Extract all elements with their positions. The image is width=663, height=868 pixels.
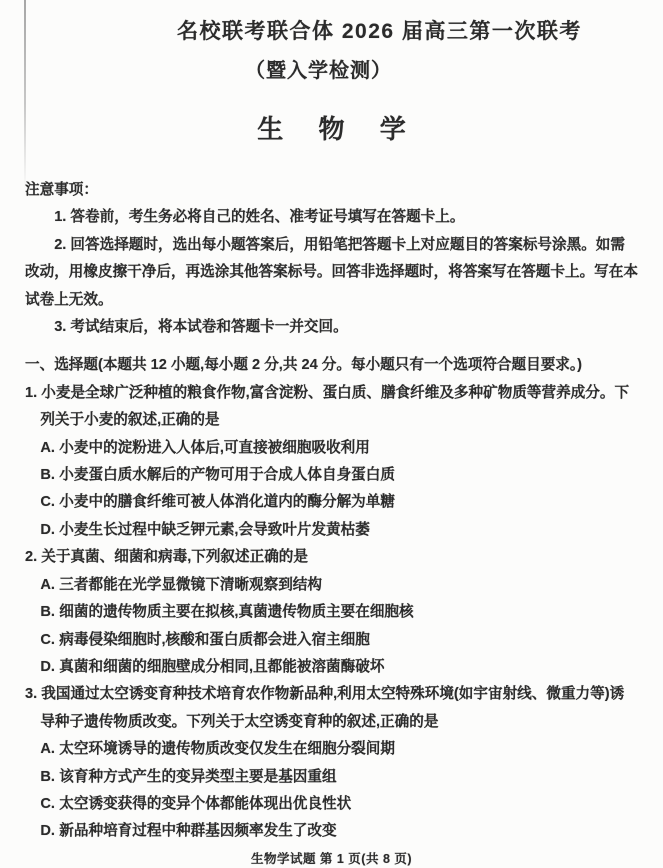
option-row: A.太空环境诱导的遗传物质改变仅发生在细胞分裂间期: [25, 736, 638, 763]
option-row: C.病毒侵染细胞时,核酸和蛋白质都会进入宿主细胞: [25, 627, 638, 654]
exam-title: 名校联考联合体 2026 届高三第一次联考: [73, 15, 663, 45]
option-label: D.: [40, 823, 55, 839]
exam-paper-page: 名校联考联合体 2026 届高三第一次联考 （暨入学检测） 生 物 学 注意事项…: [0, 0, 663, 868]
option-label: D.: [40, 522, 55, 538]
question-3: 3.我国通过太空诱变育种技术培育农作物新品种,利用太空特殊环境(如宇宙射线、微重…: [25, 681, 638, 845]
option-label: C.: [40, 632, 55, 648]
notice-section: 注意事项： 1. 答卷前，考生务必将自己的姓名、准考证号填写在答题卡上。 2. …: [25, 177, 638, 341]
notice-item-3: 3. 考试结束后，将本试卷和答题卡一并交回。: [25, 314, 638, 341]
option-text: 真菌和细菌的细胞壁成分相同,且都能被溶菌酶破坏: [59, 659, 384, 675]
section-heading: 一、选择题(本题共 12 小题,每小题 2 分,共 24 分。每小题只有一个选项…: [25, 352, 638, 379]
title-block: 名校联考联合体 2026 届高三第一次联考 （暨入学检测） 生 物 学: [25, 15, 638, 146]
option-text: 小麦中的淀粉进入人体后,可直接被细胞吸收利用: [59, 440, 370, 456]
option-row: D.小麦生长过程中缺乏钾元素,会导致叶片发黄枯萎: [25, 517, 638, 544]
option-label: C.: [40, 796, 55, 812]
option-row: B.细菌的遗传物质主要在拟核,真菌遗传物质主要在细胞核: [25, 599, 638, 626]
option-text: 病毒侵染细胞时,核酸和蛋白质都会进入宿主细胞: [59, 632, 370, 648]
question-stem-text: 我国通过太空诱变育种技术培育农作物新品种,利用太空特殊环境(如宇宙射线、微重力等…: [40, 686, 624, 729]
question-stem-text: 关于真菌、细菌和病毒,下列叙述正确的是: [41, 549, 308, 565]
option-row: B.小麦蛋白质水解后的产物可用于合成人体自身蛋白质: [25, 462, 638, 489]
option-row: C.太空诱变获得的变异个体都能体现出优良性状: [25, 791, 638, 818]
question-number: 3.: [25, 686, 37, 702]
option-text: 三者都能在光学显微镜下清晰观察到结构: [59, 577, 322, 593]
option-label: D.: [40, 659, 55, 675]
option-text: 太空诱变获得的变异个体都能体现出优良性状: [59, 796, 351, 812]
question-1: 1.小麦是全球广泛种植的粮食作物,富含淀粉、蛋白质、膳食纤维及多种矿物质等营养成…: [25, 380, 638, 544]
option-text: 该育种方式产生的变异类型主要是基因重组: [59, 769, 336, 785]
option-row: A.三者都能在光学显微镜下清晰观察到结构: [25, 572, 638, 599]
question-stem: 1.小麦是全球广泛种植的粮食作物,富含淀粉、蛋白质、膳食纤维及多种矿物质等营养成…: [25, 380, 638, 435]
option-row: B.该育种方式产生的变异类型主要是基因重组: [25, 764, 638, 791]
exam-subtitle: （暨入学检测）: [12, 54, 625, 83]
option-text: 小麦生长过程中缺乏钾元素,会导致叶片发黄枯萎: [59, 522, 370, 538]
option-row: A.小麦中的淀粉进入人体后,可直接被细胞吸收利用: [25, 435, 638, 462]
page-footer: 生物学试题 第 1 页(共 8 页): [25, 849, 638, 867]
notice-item-2: 2. 回答选择题时，选出每小题答案后，用铅笔把答题卡上对应题目的答案标号涂黑。如…: [25, 232, 638, 314]
option-row: D.真菌和细菌的细胞壁成分相同,且都能被溶菌酶破坏: [25, 654, 638, 681]
option-text: 细菌的遗传物质主要在拟核,真菌遗传物质主要在细胞核: [59, 604, 413, 620]
option-text: 小麦中的膳食纤维可被人体消化道内的酶分解为单糖: [59, 494, 395, 510]
option-row: D.新品种培育过程中种群基因频率发生了改变: [25, 818, 638, 845]
scan-artifact-line: [24, 0, 26, 190]
option-row: C.小麦中的膳食纤维可被人体消化道内的酶分解为单糖: [25, 489, 638, 516]
notice-item-1: 1. 答卷前，考生务必将自己的姓名、准考证号填写在答题卡上。: [25, 204, 638, 231]
question-number: 1.: [25, 385, 37, 401]
option-label: B.: [40, 604, 55, 620]
option-text: 新品种培育过程中种群基因频率发生了改变: [59, 823, 336, 839]
option-text: 太空环境诱导的遗传物质改变仅发生在细胞分裂间期: [59, 741, 395, 757]
question-stem-text: 小麦是全球广泛种植的粮食作物,富含淀粉、蛋白质、膳食纤维及多种矿物质等营养成分。…: [40, 385, 629, 428]
option-label: A.: [40, 741, 55, 757]
option-label: B.: [40, 467, 55, 483]
question-stem: 2.关于真菌、细菌和病毒,下列叙述正确的是: [25, 544, 638, 571]
option-label: B.: [40, 769, 55, 785]
question-number: 2.: [25, 549, 37, 565]
option-label: A.: [40, 577, 55, 593]
notice-heading: 注意事项：: [25, 177, 638, 204]
option-label: C.: [40, 494, 55, 510]
option-text: 小麦蛋白质水解后的产物可用于合成人体自身蛋白质: [59, 467, 395, 483]
question-stem: 3.我国通过太空诱变育种技术培育农作物新品种,利用太空特殊环境(如宇宙射线、微重…: [25, 681, 638, 736]
subject-title: 生 物 学: [25, 109, 638, 146]
question-2: 2.关于真菌、细菌和病毒,下列叙述正确的是 A.三者都能在光学显微镜下清晰观察到…: [25, 544, 638, 681]
option-label: A.: [40, 440, 55, 456]
